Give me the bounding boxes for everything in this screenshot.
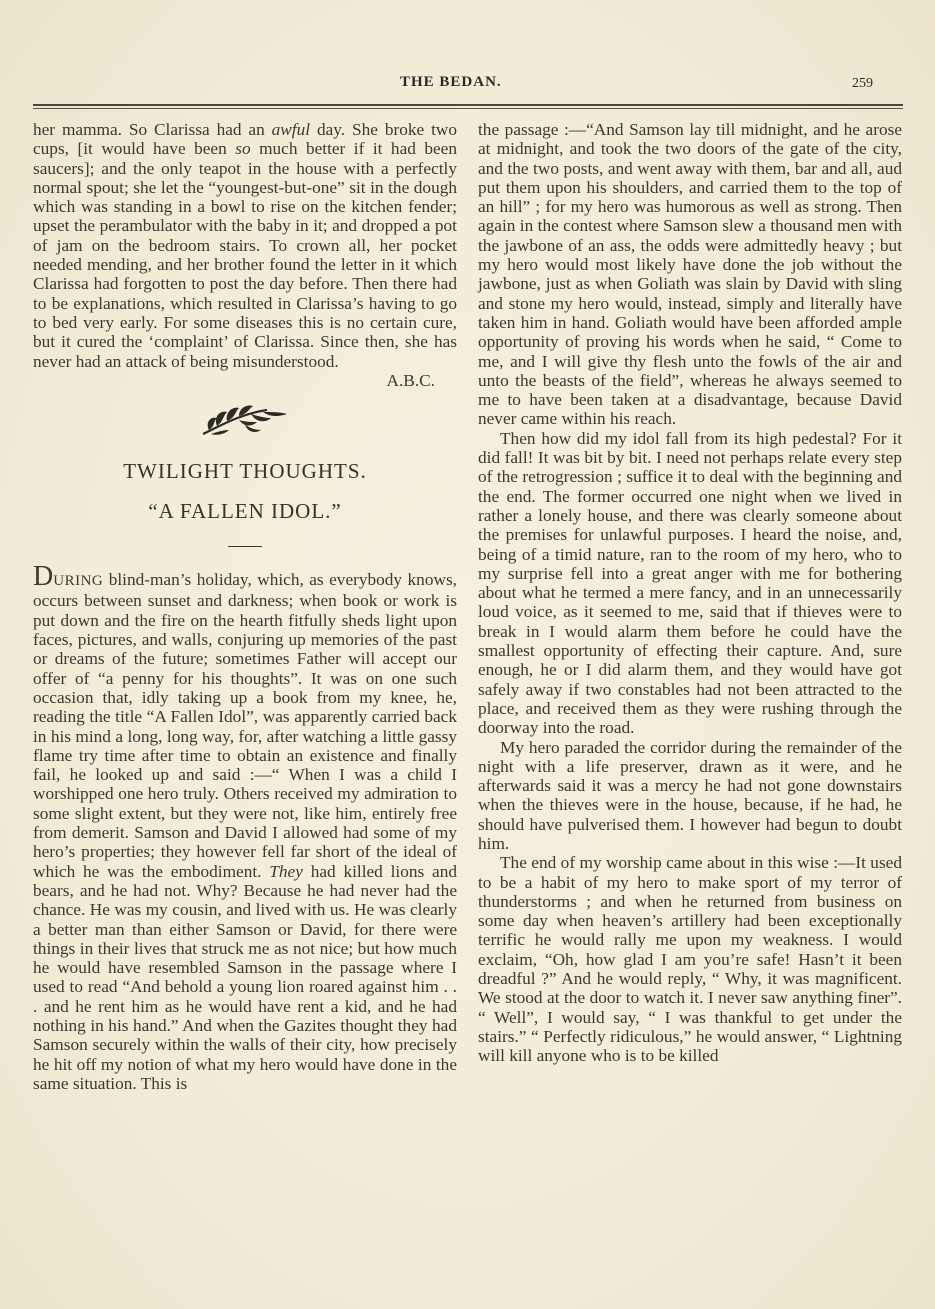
continuation-paragraph: her mamma. So Clarissa had an awful day.…	[33, 120, 457, 371]
page-header: THE BEDAN. 259	[0, 72, 935, 96]
text-span: much better if it had been saucers]; and…	[33, 139, 457, 370]
text-span: blind-man’s holiday, which, as everybody…	[33, 570, 457, 880]
paragraph: My hero paraded the corridor during the …	[478, 738, 902, 854]
drop-cap: D	[33, 561, 53, 592]
running-title: THE BEDAN.	[400, 74, 502, 91]
header-rule-thin	[33, 108, 903, 109]
emphasis: so	[235, 139, 250, 158]
emphasis: They	[269, 862, 303, 881]
author-signature: A.B.C.	[33, 371, 457, 390]
emphasis: awful	[272, 120, 310, 139]
right-column: the passage :—“And Samson lay till midni…	[478, 120, 902, 1066]
header-rule	[33, 104, 903, 106]
paragraph: The end of my worship came about in this…	[478, 853, 902, 1065]
page: THE BEDAN. 259 her mamma. So Clarissa ha…	[0, 0, 935, 1309]
left-column: her mamma. So Clarissa had an awful day.…	[33, 120, 457, 1093]
article-subtitle: “A FALLEN IDOL.”	[33, 498, 457, 524]
opening-paragraph: DURING blind-man’s holiday, which, as ev…	[33, 567, 457, 1093]
paragraph: Then how did my idol fall from its high …	[478, 429, 902, 738]
leaf-ornament-icon	[195, 400, 295, 440]
section-divider	[228, 546, 262, 547]
text-span: had killed lions and bears, and he had n…	[33, 862, 457, 1093]
article-title: TWILIGHT THOUGHTS.	[33, 458, 457, 484]
paragraph: the passage :—“And Samson lay till midni…	[478, 120, 902, 429]
text-span: her mamma. So Clarissa had an	[33, 120, 272, 139]
small-caps-lead: URING	[53, 573, 103, 589]
page-number: 259	[852, 76, 873, 92]
